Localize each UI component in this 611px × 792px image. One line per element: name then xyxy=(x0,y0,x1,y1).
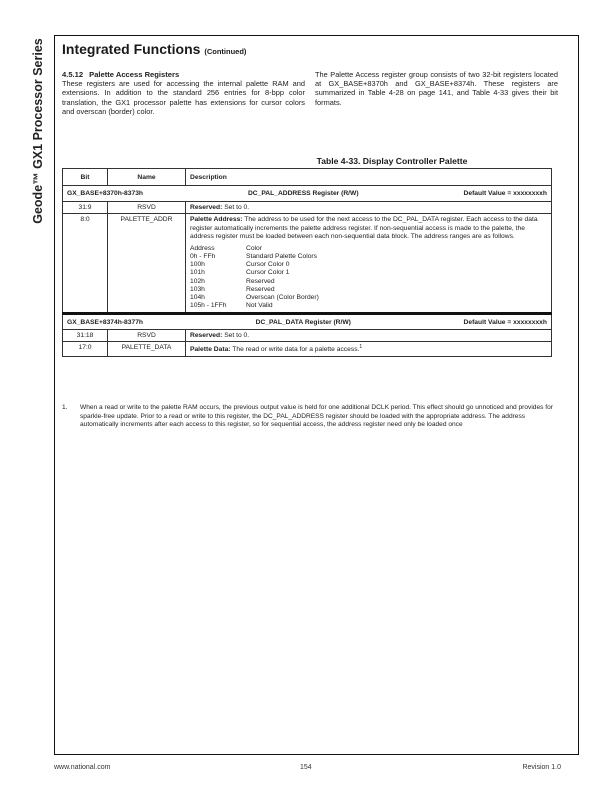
register-header-row: GX_BASE+8370h-8373h DC_PAL_ADDRESS Regis… xyxy=(63,186,552,202)
table-row: 17:0 PALETTE_DATA Palette Data: The read… xyxy=(63,342,552,356)
section-right-column: The Palette Access register group consis… xyxy=(315,70,558,107)
section-left-column: 4.5.12Palette Access Registers These reg… xyxy=(62,70,305,116)
footer-website[interactable]: www.national.com xyxy=(54,764,110,771)
register-header-row: GX_BASE+8374h-8377h DC_PAL_DATA Register… xyxy=(63,314,552,330)
row-description: Palette Data: The read or write data for… xyxy=(186,342,552,356)
table-caption: Table 4-33. Display Controller Palette xyxy=(62,156,552,166)
register-name: DC_PAL_DATA Register (R/W) xyxy=(143,319,464,326)
header-bit: Bit xyxy=(63,169,108,186)
table-row: 8:0 PALETTE_ADDR Palette Address: The ad… xyxy=(63,214,552,314)
table-footnote: 1. When a read or write to the palette R… xyxy=(62,404,554,430)
register-default: Default Value = xxxxxxxxh xyxy=(464,319,547,326)
register-table: Bit Name Description GX_BASE+8370h-8373h… xyxy=(62,168,552,357)
page-heading: Integrated Functions (Continued) xyxy=(62,41,246,57)
footer-page-number: 154 xyxy=(300,764,312,771)
table-row: 31:9 RSVD Reserved: Set to 0. xyxy=(63,202,552,214)
table-row: 31:18 RSVD Reserved: Set to 0. xyxy=(63,330,552,342)
register-name: DC_PAL_ADDRESS Register (R/W) xyxy=(143,190,464,197)
row-description: Reserved: Set to 0. xyxy=(186,202,552,214)
row-name: RSVD xyxy=(108,202,186,214)
header-description: Description xyxy=(186,169,552,186)
row-name: RSVD xyxy=(108,330,186,342)
row-name: PALETTE_ADDR xyxy=(108,214,186,314)
section-summary-text: The Palette Access register group consis… xyxy=(315,70,558,107)
section-intro-text: These registers are used for accessing t… xyxy=(62,79,305,116)
row-bit: 31:9 xyxy=(63,202,108,214)
address-map-table: AddressColor 0h - FFhStandard Palette Co… xyxy=(190,245,319,311)
row-description: Palette Address: The address to be used … xyxy=(186,214,552,314)
row-description: Reserved: Set to 0. xyxy=(186,330,552,342)
row-bit: 8:0 xyxy=(63,214,108,314)
row-bit: 31:18 xyxy=(63,330,108,342)
section-title: 4.5.12Palette Access Registers xyxy=(62,70,305,79)
register-default: Default Value = xxxxxxxxh xyxy=(464,190,547,197)
register-address: GX_BASE+8370h-8373h xyxy=(67,190,143,197)
page-frame xyxy=(54,35,579,755)
row-name: PALETTE_DATA xyxy=(108,342,186,356)
footer-revision: Revision 1.0 xyxy=(522,764,561,771)
table-header-row: Bit Name Description xyxy=(63,169,552,186)
register-address: GX_BASE+8374h-8377h xyxy=(67,319,143,326)
header-name: Name xyxy=(108,169,186,186)
footnote-ref[interactable]: 1 xyxy=(359,344,362,350)
row-bit: 17:0 xyxy=(63,342,108,356)
series-side-title: Geode™ GX1 Processor Series xyxy=(28,36,48,226)
